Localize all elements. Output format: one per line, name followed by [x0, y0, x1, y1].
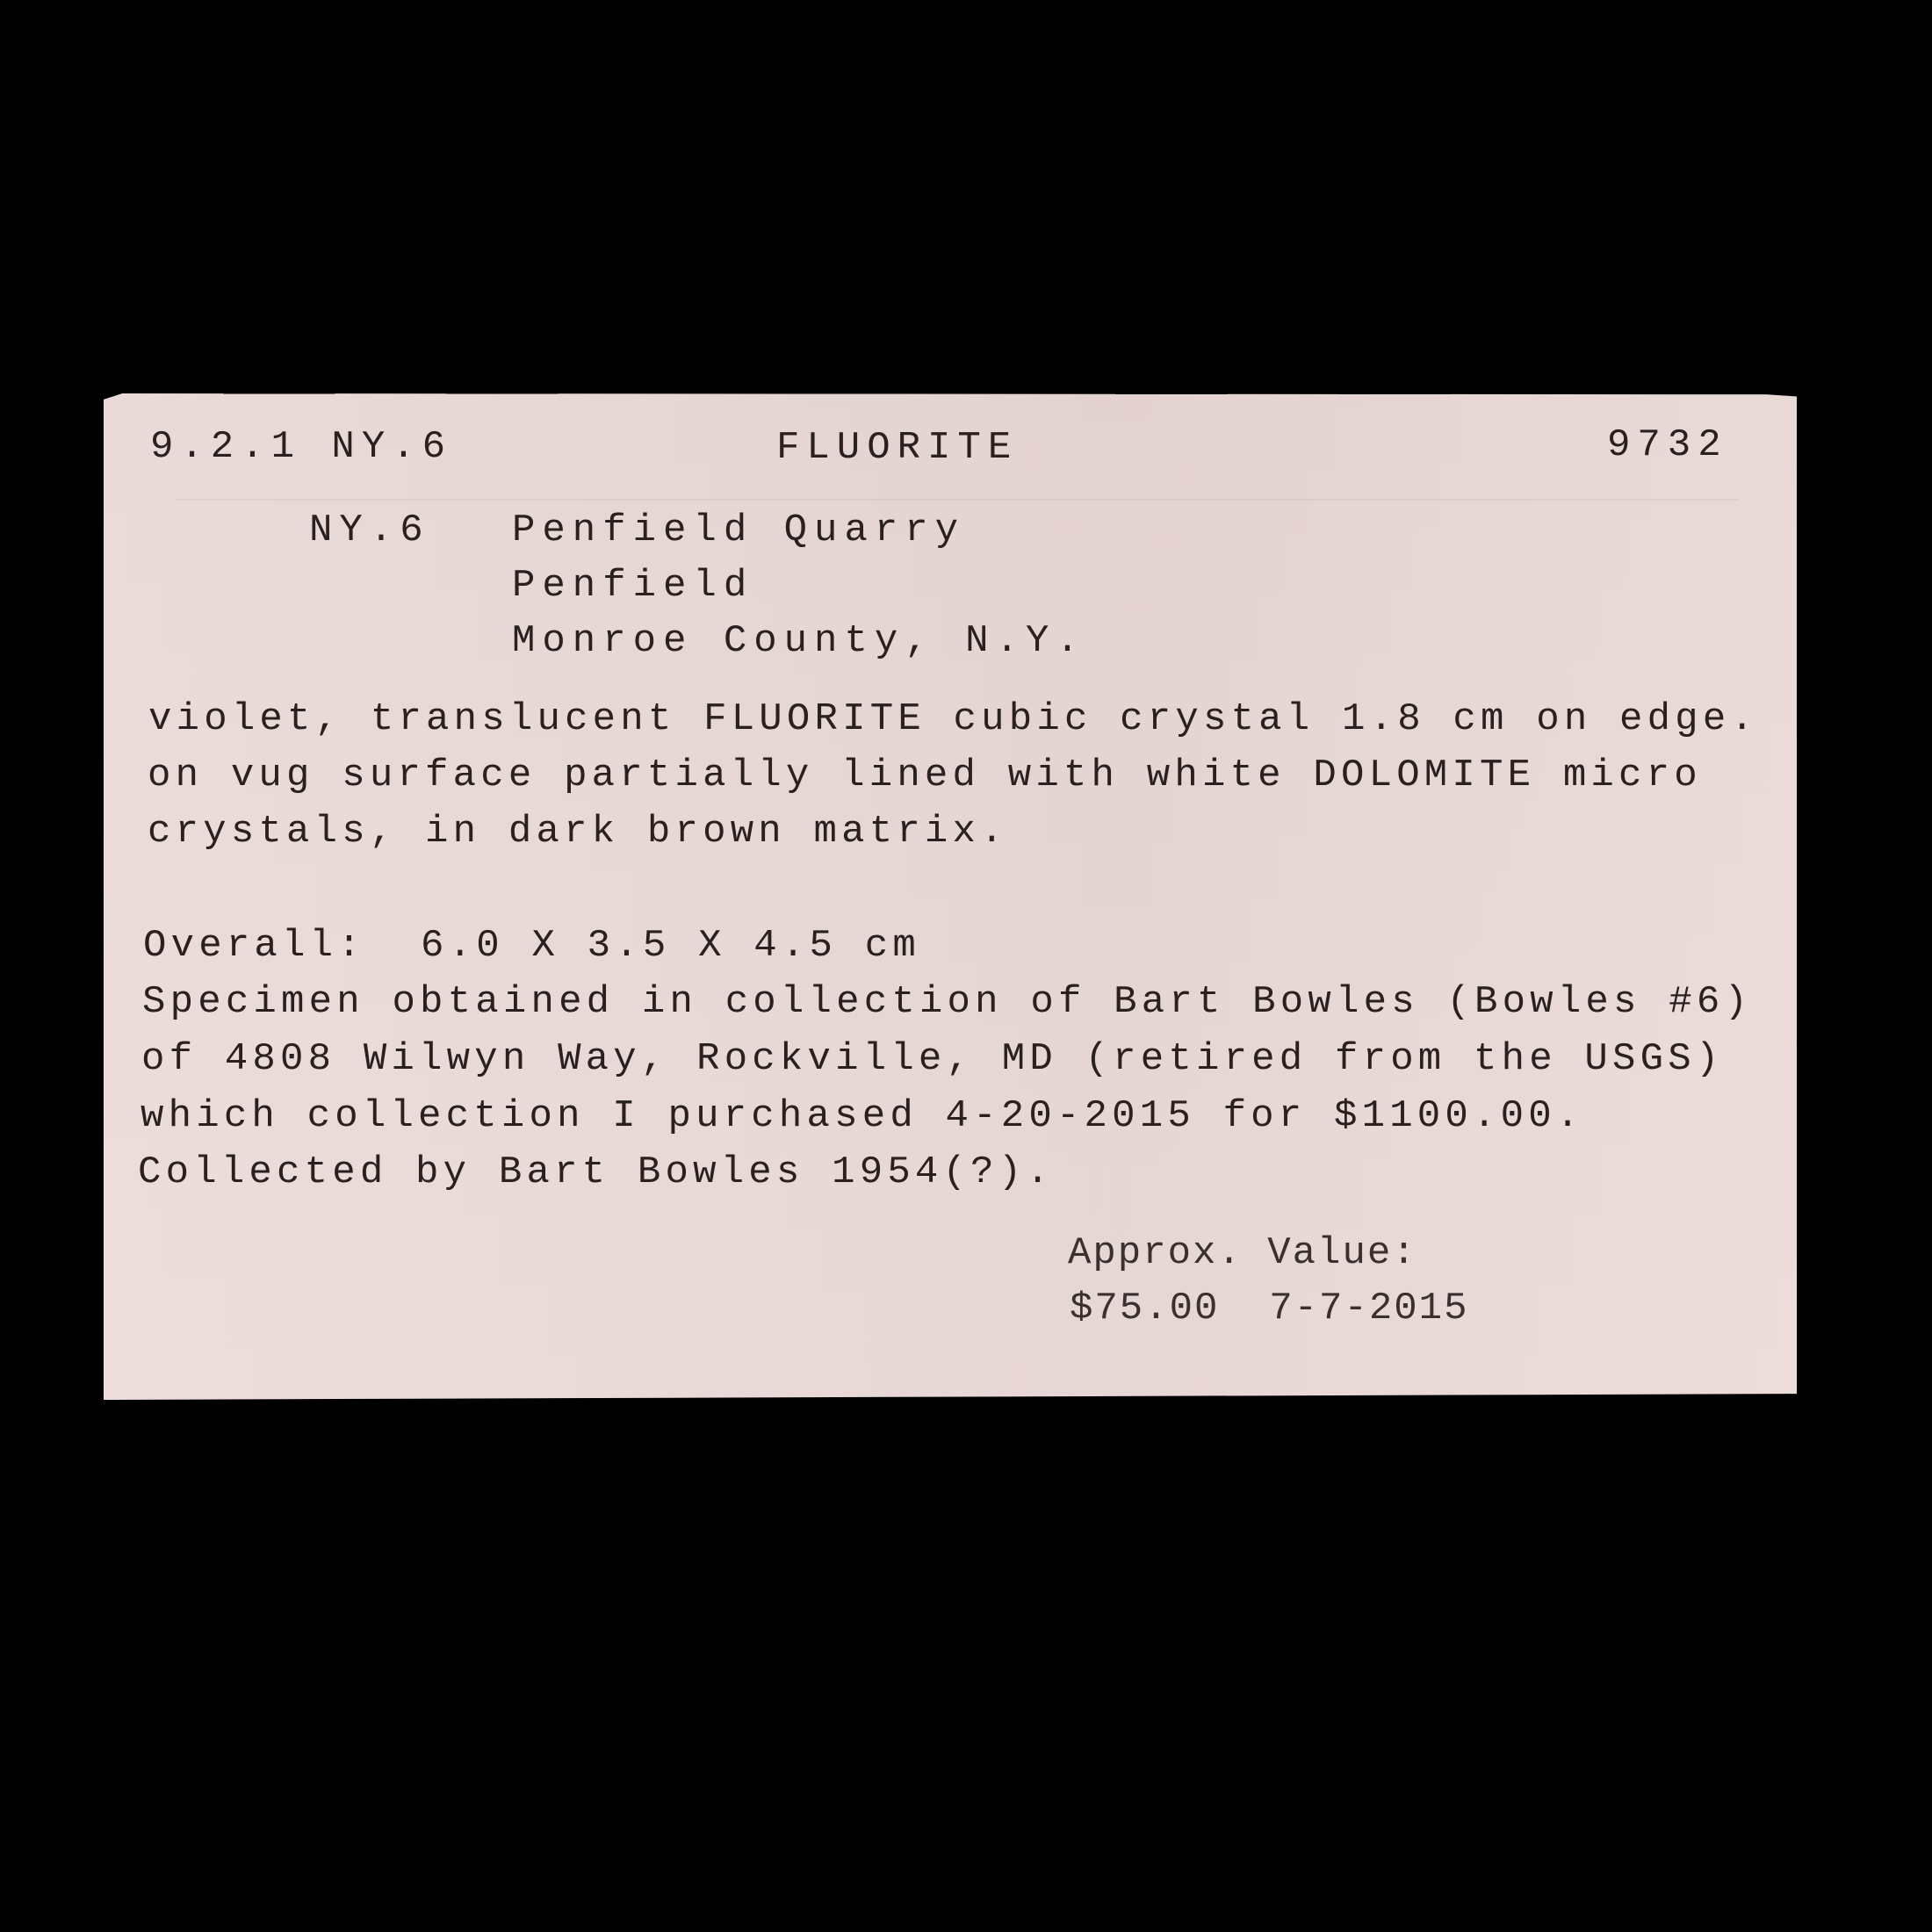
approx-value-label: Approx. Value: — [1068, 1234, 1417, 1272]
collector-line: Collected by Bart Bowles 1954(?). — [138, 1153, 1054, 1192]
card-rule — [176, 499, 1739, 501]
catalog-number: 9732 — [1607, 426, 1728, 465]
provenance-line: which collection I purchased 4-20-2015 f… — [141, 1097, 1583, 1135]
description-line: violet, translucent FLUORITE cubic cryst… — [148, 700, 1758, 739]
description-line: on vug surface partially lined with whit… — [148, 756, 1702, 795]
provenance-line: of 4808 Wilwyn Way, Rockville, MD (retir… — [141, 1040, 1723, 1078]
locality-code: NY.6 — [309, 511, 430, 550]
provenance-line: Specimen obtained in collection of Bart … — [142, 983, 1752, 1021]
overall-dimensions: Overall: 6.0 X 3.5 X 4.5 cm — [143, 926, 920, 965]
classification-code: 9.2.1 NY.6 — [150, 428, 452, 466]
approx-value-amount: $75.00 7-7-2015 — [1070, 1289, 1468, 1328]
mineral-name: FLUORITE — [776, 429, 1018, 467]
locality-line: Penfield Quarry — [512, 511, 965, 550]
locality-line: Penfield — [512, 566, 753, 605]
locality-line: Monroe County, N.Y. — [512, 622, 1086, 660]
description-line: crystals, in dark brown matrix. — [148, 812, 1008, 851]
